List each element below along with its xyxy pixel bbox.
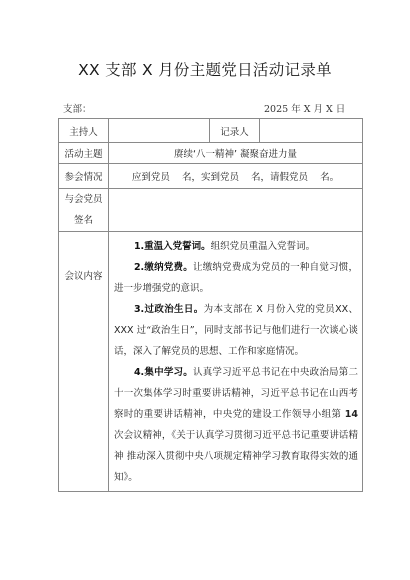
signature-label-line1: 与会党员 — [59, 189, 108, 210]
content-item-2: 2.缴纳党费。让缴纳党费成为党员的一种自觉习惯，进一步增强党的意识。 — [114, 257, 358, 299]
content-label: 会议内容 — [59, 232, 109, 492]
attendance-value[interactable]: 应到党员 名，实到党员 名，请假党员 名。 — [109, 164, 363, 189]
content-item-4: 4.集中学习。认真学习近平总书记在中央政治局第二十一次集体学习时重要讲话精神，习… — [114, 362, 358, 488]
content-item-3-text-a: 为本支部在 — [204, 304, 257, 315]
activity-record-table: 主持人 记录人 活动主题 赓续‘八一精神’ 凝聚奋进力量 参会情况 应到党员 名… — [58, 118, 363, 492]
content-body: 1.重温入党誓词。组织党员重温入党誓词。 2.缴纳党费。让缴纳党费成为党员的一种… — [109, 232, 363, 492]
content-item-1: 1.重温入党誓词。组织党员重温入党誓词。 — [114, 236, 358, 257]
theme-label: 活动主题 — [59, 143, 109, 164]
signature-label-line2: 签名 — [59, 210, 108, 231]
content-item-4-heading: 4.集中学习。 — [134, 367, 193, 378]
content-item-3-heading: 3.过政治生日。 — [134, 304, 204, 315]
signature-row: 与会党员 签名 — [59, 189, 363, 232]
content-item-4-text-c: 次会议精神，《关于认真学习贯彻习近平总书记重要讲话精神 推动深入贯彻中央八项规定… — [114, 430, 358, 483]
content-item-1-heading: 1.重温入党誓词。 — [134, 241, 211, 252]
signature-label: 与会党员 签名 — [59, 189, 109, 232]
content-row: 会议内容 1.重温入党誓词。组织党员重温入党誓词。 2.缴纳党费。让缴纳党费成为… — [59, 232, 363, 492]
content-item-2-heading: 2.缴纳党费。 — [134, 262, 193, 273]
attendance-row: 参会情况 应到党员 名，实到党员 名，请假党员 名。 — [59, 164, 363, 189]
theme-row: 活动主题 赓续‘八一精神’ 凝聚奋进力量 — [59, 143, 363, 164]
record-date: 2025 年 X 月 X 日 — [264, 101, 345, 115]
theme-value: 赓续‘八一精神’ 凝聚奋进力量 — [109, 143, 363, 164]
host-label: 主持人 — [59, 119, 109, 143]
content-item-3-text-c: 月份入党的党员 — [263, 304, 335, 315]
recorder-label: 记录人 — [210, 119, 260, 143]
page-title: XX 支部 X 月份主题党日活动记录单 — [0, 58, 410, 80]
content-item-4-number: 14 — [345, 409, 358, 420]
branch-label: 支部： — [63, 101, 92, 115]
host-field[interactable] — [109, 119, 210, 143]
recorder-field[interactable] — [260, 119, 363, 143]
content-item-3-text-e: 过“政治生日”，同时支部书记与他们进行一次谈心谈话，深入了解党员的思想、工作和家… — [114, 325, 358, 357]
content-item-3: 3.过政治生日。为本支部在 X 月份入党的党员XX、XXX 过“政治生日”，同时… — [114, 299, 358, 362]
attendance-label: 参会情况 — [59, 164, 109, 189]
signature-field[interactable] — [109, 189, 363, 232]
host-row: 主持人 记录人 — [59, 119, 363, 143]
content-item-1-text: 组织党员重温入党誓词。 — [211, 241, 316, 252]
